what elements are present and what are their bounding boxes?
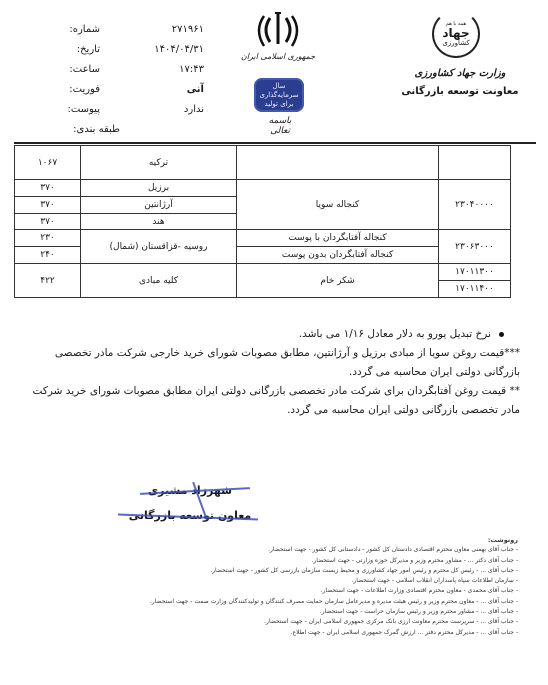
cc-item: - جناب آقای دکتر ... - مشاور محترم وزیر … [88,556,518,566]
table-cell-origin: کلیه مبادی [81,264,236,297]
note-soy-oil: ***قیمت روغن سویا از مبادی برزیل و آرژان… [20,344,520,363]
note-exchange-rate: نرخ تبدیل یورو به دلار معادل ۱/۱۶ می باش… [20,325,520,344]
table-cell-origin: هند [81,214,236,229]
cc-item: - جناب آقای ... - سرپرست محترم معاونت ار… [88,617,518,627]
table-cell-product: کنجاله آفتابگردان با پوست [237,230,438,246]
note-soy-oil-cont: بازرگانی دولتی ایران محاسبه می گردد. [20,363,520,382]
table-cell-origin: آرژانتین [81,197,236,213]
table-cell-product: کنجاله سویا [237,180,438,229]
cc-item: - جناب آقای بهمنی معاون محترم اقتصادی دا… [88,545,518,555]
table-cell-value: ۱۰۶۷ [15,146,80,179]
table-cell-value: ۲۴۰ [15,247,80,263]
table-cell-value: ۳۷۰ [15,214,80,229]
cc-item: - جناب آقای ... - مدیرکل محترم دفتر ... … [88,628,518,638]
table-cell-origin: روسیه -قزاقستان (شمال) [81,230,236,263]
table-cell-product: شکر خام [237,264,438,297]
notes: نرخ تبدیل یورو به دلار معادل ۱/۱۶ می باش… [20,325,520,420]
table-cell-code: ۲۳۰۶۳۰۰۰ [439,230,510,263]
table-cell-origin: برزیل [81,180,236,196]
table-cell-value: ۲۳۰ [15,230,80,246]
cc-list: رونوشت: - جناب آقای بهمنی معاون محترم اق… [88,535,518,638]
cc-title: رونوشت: [88,535,518,545]
cc-item: - جناب آقای ... - معاون محترم وزیر و رئی… [88,597,518,607]
cc-item: - سازمان اطلاعات سپاه پاسداران انقلاب اس… [88,576,518,586]
cc-item: - جناب آقای ... - رئیس کل محترم و رئیس ا… [88,566,518,576]
table-cell-product: کنجاله آفتابگردان بدون پوست [237,247,438,263]
table-cell-code: ۱۷۰۱۱۳۰۰ [439,264,510,280]
note-sunflower-oil-cont: مادر تخصصی بازرگانی دولتی ایران محاسبه م… [20,401,520,420]
table-cell-value: ۴۲۲ [15,264,80,297]
table-cell-origin: ترکیه [81,146,236,179]
table-cell-code: ۱۷۰۱۱۴۰۰ [439,281,510,297]
note-sunflower-oil: ** قیمت روغن آفتابگردان برای شرکت مادر ت… [20,382,520,401]
tariff-table: ۱۰۶۷ ۳۷۰ ۳۷۰ ۳۷۰ ۲۳۰ ۲۴۰ ۴۲۲ ترکیه برزیل… [0,0,548,310]
cc-item: - جناب آقای ... - مشاور محترم وزیر و رئی… [88,607,518,617]
table-cell-value: ۳۷۰ [15,197,80,213]
bullet-icon [499,332,504,337]
table-cell-code: ۲۳۰۴۰۰۰۰ [439,180,510,229]
table-cell-value: ۳۷۰ [15,180,80,196]
cc-item: - جناب آقای محمدی - معاون محترم اقتصادی … [88,586,518,596]
